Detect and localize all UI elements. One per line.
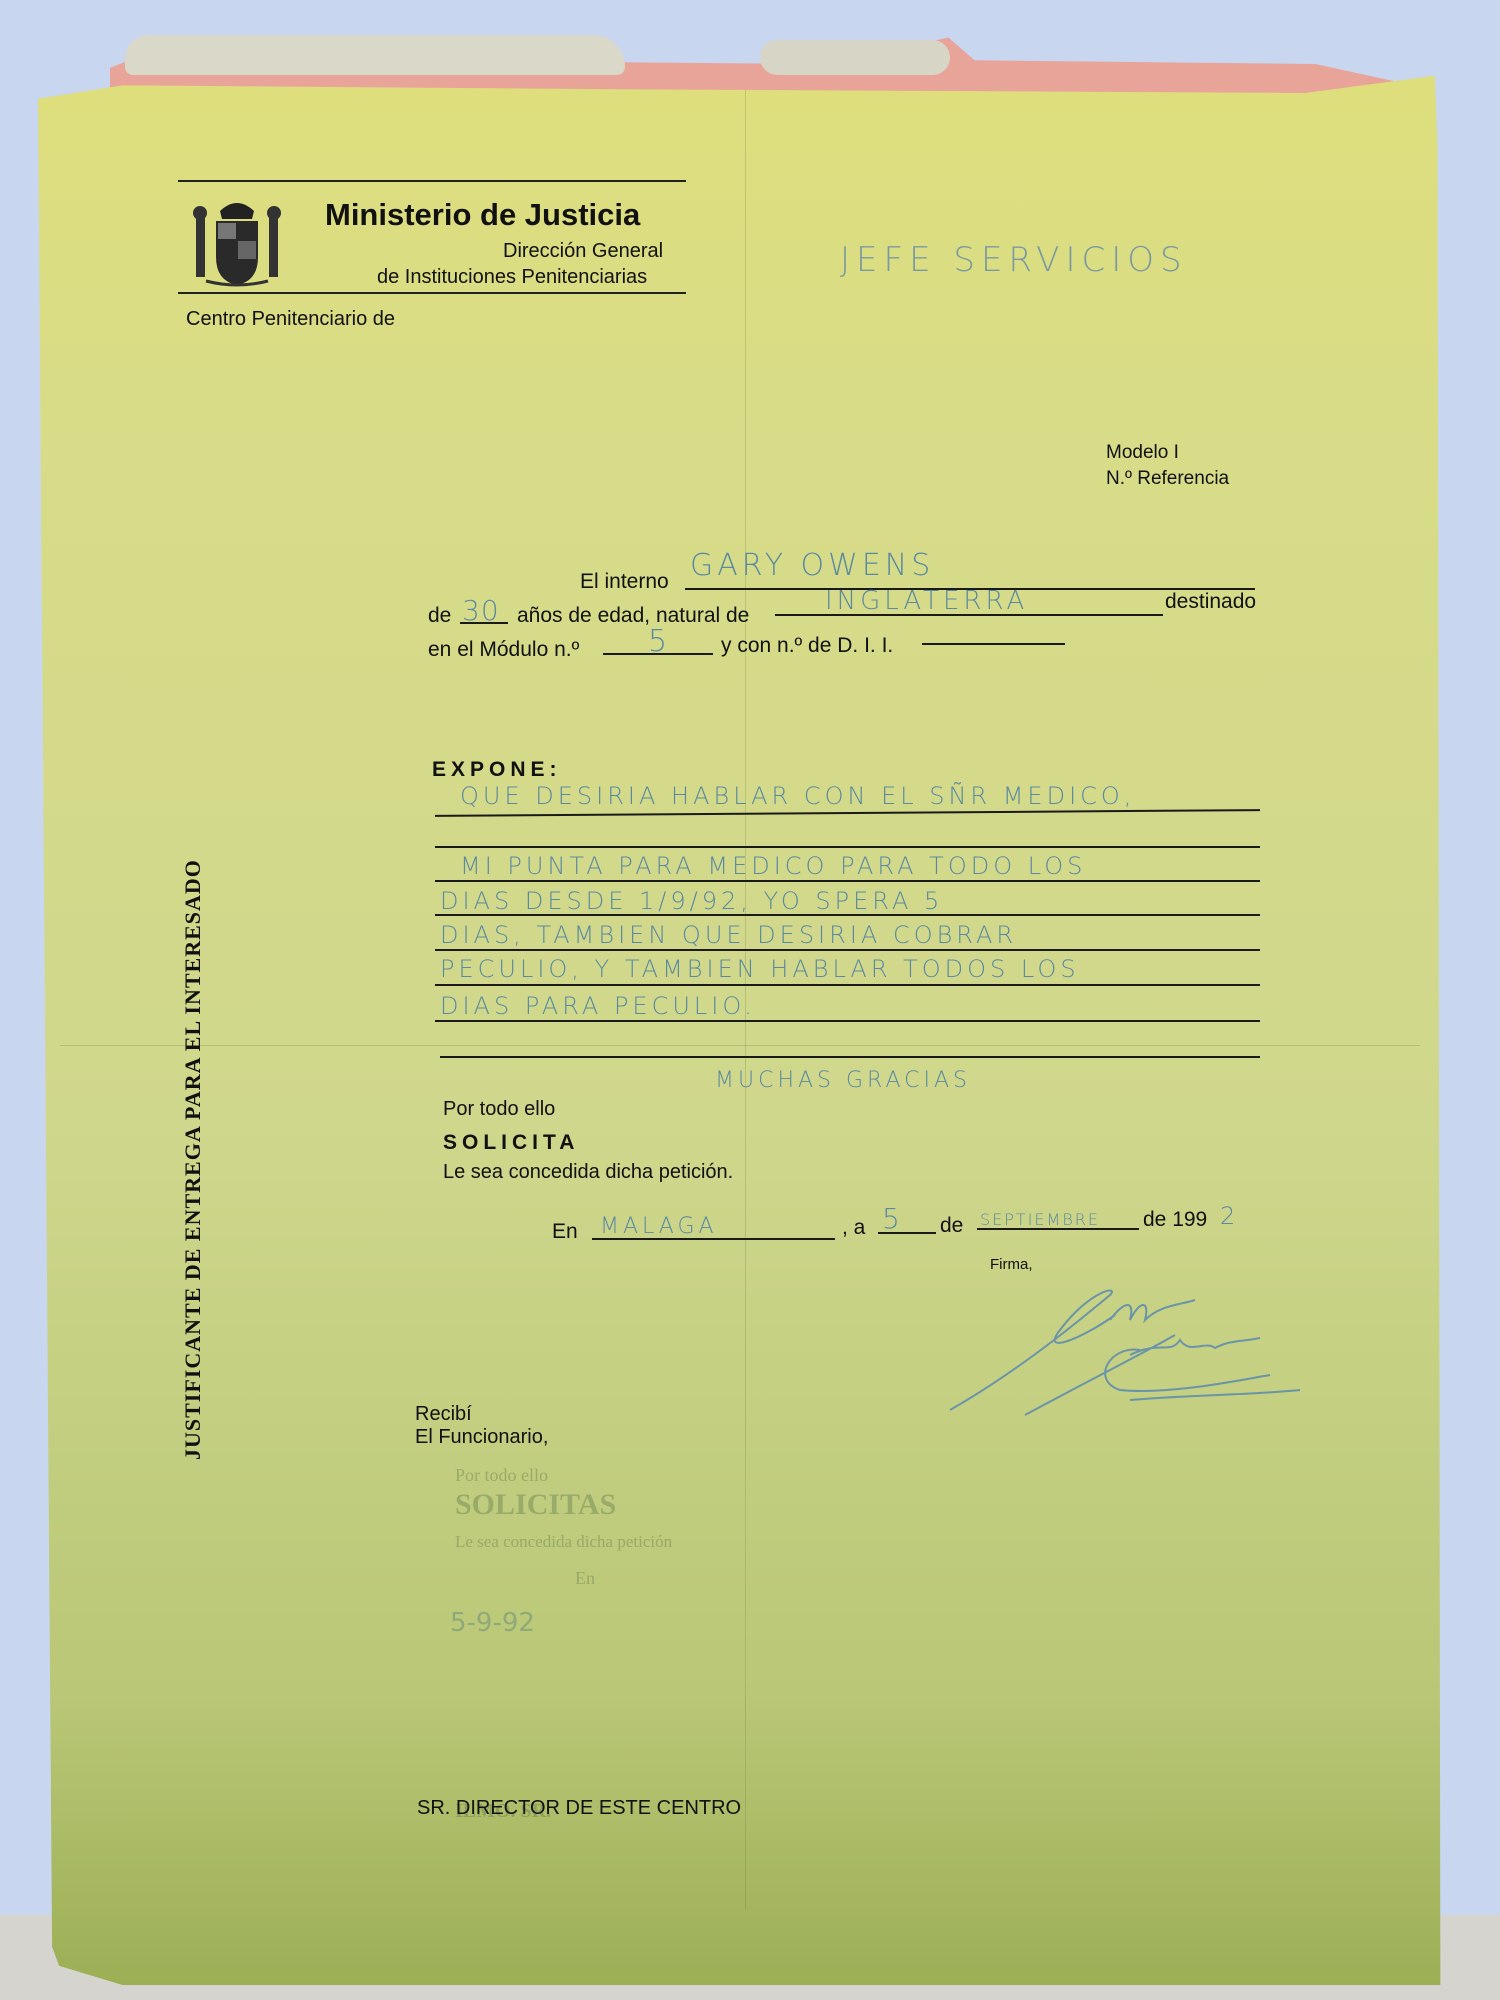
de-label: de <box>428 604 451 628</box>
direction-general-line2: de Instituciones Penitenciarias <box>377 266 647 289</box>
interno-label: El interno <box>580 570 669 594</box>
interno-field[interactable]: GARY OWENS <box>690 548 934 583</box>
modulo-label: en el Módulo n.º <box>428 638 579 662</box>
expone-text-line[interactable]: DIAS PARA PECULIO. <box>440 992 756 1020</box>
modulo-field[interactable]: 5 <box>648 624 671 659</box>
header-rule-top <box>178 180 686 182</box>
closing-handwritten[interactable]: MUCHAS GRACIAS <box>715 1068 971 1093</box>
bleed-text: En <box>575 1568 595 1589</box>
place-field[interactable]: MALAGA <box>600 1214 718 1239</box>
expone-line <box>435 880 1260 882</box>
referencia-label: N.º Referencia <box>1106 466 1229 492</box>
expone-text-line[interactable]: DIAS DESDE 1/9/92, YO SPERA 5 <box>440 887 943 915</box>
funcionario-label: El Funcionario, <box>415 1426 548 1449</box>
expone-text-line[interactable]: MI PUNTA PARA MEDICO PARA TODO LOS <box>460 852 1086 880</box>
expone-line <box>435 949 1260 951</box>
de-month-label: de <box>940 1214 963 1238</box>
expone-line <box>435 846 1260 848</box>
expone-text-line[interactable]: PECULIO, Y TAMBIEN HABLAR TODOS LOS <box>440 955 1080 983</box>
back-sheet-worn-area <box>125 35 625 75</box>
back-sheet-worn-area-2 <box>760 40 950 75</box>
reference-block: Modelo I N.º Referencia <box>1106 440 1229 492</box>
direction-general-line1: Dirección General <box>503 240 663 263</box>
year-field[interactable]: 2 <box>1220 1202 1239 1230</box>
en-label: En <box>552 1220 578 1244</box>
solicita-text: Le sea concedida dicha petición. <box>443 1161 733 1184</box>
natural-field[interactable]: INGLATERRA <box>825 586 1028 616</box>
expone-text-line[interactable]: DIAS, TAMBIEN QUE DESIRIA COBRAR <box>440 921 1017 949</box>
por-todo-ello-label: Por todo ello <box>443 1098 555 1121</box>
destinado-label: destinado <box>1165 590 1256 614</box>
dii-label: y con n.º de D. I. I. <box>721 634 893 658</box>
fold-line-horizontal <box>60 1045 1420 1046</box>
coat-of-arms-icon <box>192 195 282 290</box>
modelo-label: Modelo I <box>1106 440 1229 466</box>
expone-label: EXPONE: <box>432 758 562 782</box>
a-label: , a <box>842 1216 865 1240</box>
faint-date-note: 5-9-92 <box>450 1608 535 1638</box>
addressee-label: SR. DIRECTOR DE ESTE CENTRO <box>417 1797 741 1820</box>
form-sheet <box>38 70 1446 1985</box>
centro-penitenciario-label: Centro Penitenciario de <box>186 308 395 331</box>
bleed-text: Le sea concedida dicha petición <box>455 1532 672 1552</box>
month-field[interactable]: SEPTIEMBRE <box>980 1210 1100 1229</box>
expone-line <box>440 1056 1260 1058</box>
year-label: de 199 <box>1143 1208 1207 1232</box>
dii-underline[interactable] <box>922 643 1065 645</box>
ministry-title: Ministerio de Justicia <box>325 197 640 233</box>
bleed-text: Por todo ello <box>455 1465 548 1486</box>
day-field[interactable]: 5 <box>882 1202 904 1235</box>
header-rule-bottom <box>178 292 686 294</box>
age-field[interactable]: 30 <box>462 594 500 627</box>
solicita-label: SOLICITA <box>443 1131 579 1155</box>
expone-line <box>435 1020 1260 1022</box>
expone-text-line[interactable]: QUE DESIRIA HABLAR CON EL SÑR MEDICO, <box>460 782 1135 810</box>
side-label-justificante: JUSTIFICANTE DE ENTREGA PARA EL INTERESA… <box>180 859 206 1460</box>
recibi-label: Recibí <box>415 1403 472 1426</box>
signature-mark[interactable] <box>940 1260 1320 1420</box>
bleed-text: SOLICITAS <box>455 1488 616 1522</box>
handwritten-note-jefe-servicios: JEFE SERVICIOS <box>840 240 1188 280</box>
age-suffix-label: años de edad, natural de <box>517 604 749 628</box>
expone-line <box>435 984 1260 986</box>
